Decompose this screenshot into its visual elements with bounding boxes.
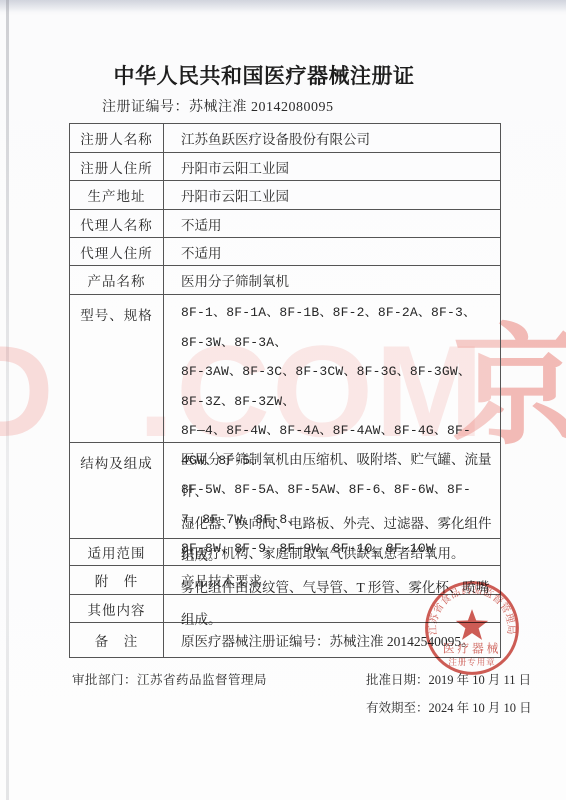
row-label: 适用范围 [70,539,164,565]
registration-number: 注册证编号：苏械注准 20142080095 [102,96,334,116]
row-value: 不适用 [164,238,500,265]
table-row-other-content: 其他内容 [70,594,500,622]
table-row-agent-address: 代理人住所 不适用 [70,237,500,265]
table-row-registrant-name: 注册人名称 江苏鱼跃医疗设备股份有限公司 [70,124,500,152]
table-row-registrant-address: 注册人住所 丹阳市云阳工业园 [70,152,500,180]
table-row-production-address: 生产地址 丹阳市云阳工业园 [70,180,500,209]
table-row-remarks: 备 注 原医疗器械注册证编号：苏械注准 20142540095。 [70,622,500,657]
table-row-attachment: 附 件 产品技术要求 [70,565,500,594]
row-label: 注册人住所 [70,153,164,180]
row-label: 其他内容 [70,595,164,622]
table-row-agent-name: 代理人名称 不适用 [70,209,500,237]
table-row-product-name: 产品名称 医用分子筛制氧机 [70,265,500,294]
row-value: 产品技术要求 [164,566,500,594]
row-value: 丹阳市云阳工业园 [164,181,500,209]
row-value: 8F-1、8F-1A、8F-1B、8F-2、8F-2A、8F-3、8F-3W、8… [164,295,500,442]
certificate-table: 注册人名称 江苏鱼跃医疗设备股份有限公司 注册人住所 丹阳市云阳工业园 生产地址… [69,123,501,658]
row-value: 丹阳市云阳工业园 [164,153,500,180]
row-value: 供医疗机构、家庭制取氧气供缺氧患者给氧用。 [164,539,500,565]
valid-until-date: 有效期至：2024 年 10 月 10 日 [366,698,532,716]
row-label: 注册人名称 [70,124,164,152]
seal-text-line2: 注册专用章 [448,657,495,667]
row-label: 代理人名称 [70,210,164,237]
row-label: 附 件 [70,566,164,594]
row-label: 结构及组成 [70,443,164,538]
table-row-scope-of-use: 适用范围 供医疗机构、家庭制取氧气供缺氧患者给氧用。 [70,538,500,565]
row-value: 医用分子筛制氧机由压缩机、吸附塔、贮气罐、流量计、 湿化器、换向阀、电路板、外壳… [164,443,500,538]
table-row-structure-composition: 结构及组成 医用分子筛制氧机由压缩机、吸附塔、贮气罐、流量计、 湿化器、换向阀、… [70,442,500,538]
page-edge-top [0,0,566,12]
row-label: 备 注 [70,623,164,657]
approval-date: 批准日期：2019 年 10 月 11 日 [366,670,531,688]
certificate-title: 中华人民共和国医疗器械注册证 [0,60,528,90]
certificate-page: D .COM 京 中华人民共和国医疗器械注册证 注册证编号：苏械注准 20142… [0,0,566,800]
row-value: 医用分子筛制氧机 [164,266,500,294]
approval-department: 审批部门：江苏省药品监督管理局 [72,670,267,688]
row-label: 代理人住所 [70,238,164,265]
row-value: 江苏鱼跃医疗设备股份有限公司 [164,124,500,152]
table-row-models-specs: 型号、规格 8F-1、8F-1A、8F-1B、8F-2、8F-2A、8F-3、8… [70,294,500,442]
row-value [164,595,500,622]
row-label: 生产地址 [70,181,164,209]
row-label: 产品名称 [70,266,164,294]
page-edge-left [6,0,9,800]
row-label: 型号、规格 [70,295,164,442]
row-value: 原医疗器械注册证编号：苏械注准 20142540095。 [164,623,500,657]
row-value: 不适用 [164,210,500,237]
